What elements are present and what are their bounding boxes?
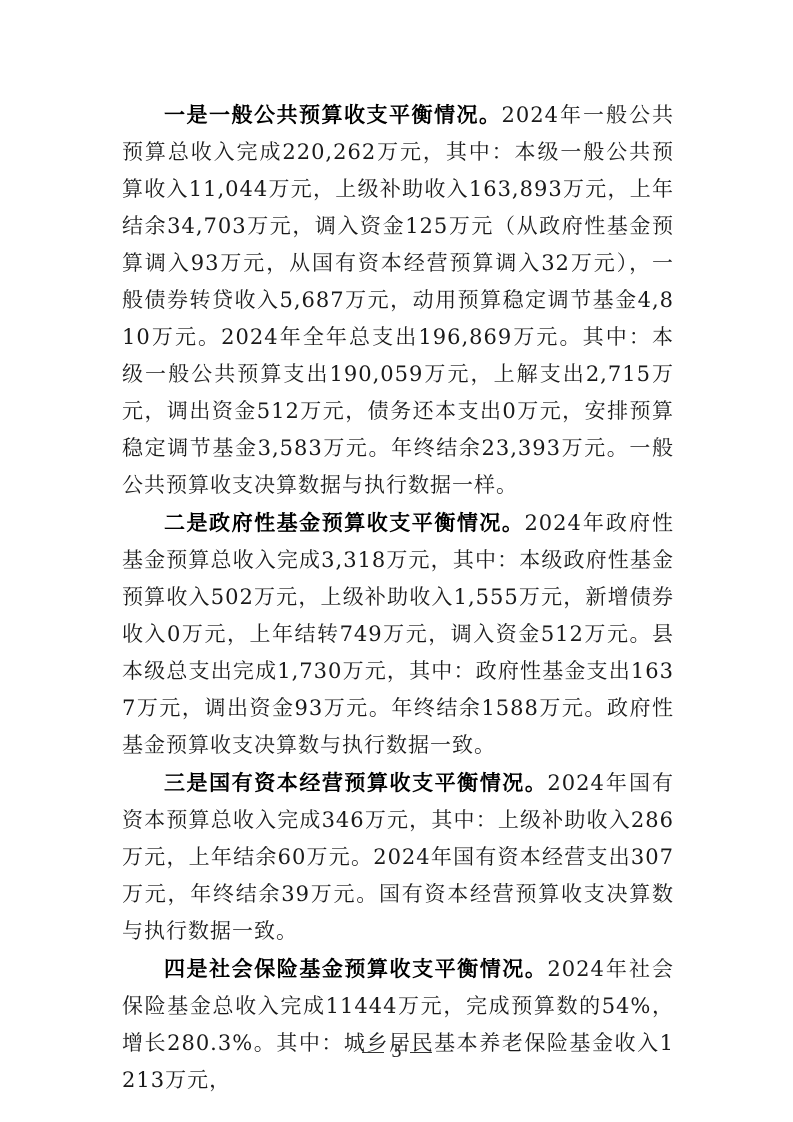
paragraph-government-fund-budget: 二是政府性基金预算收支平衡情况。2024年政府性基金预算总收入完成3,318万元…: [122, 504, 674, 764]
paragraph-state-capital-budget: 三是国有资本经营预算收支平衡情况。2024年国有资本预算总收入完成346万元，其…: [122, 764, 674, 950]
paragraph-lead: 三是国有资本经营预算收支平衡情况。: [164, 770, 547, 795]
paragraph-text: 2024年一般公共预算总收入完成220,262万元，其中：本级一般公共预算收入1…: [122, 103, 674, 497]
paragraph-text: 2024年政府性基金预算总收入完成3,318万元，其中：本级政府性基金预算收入5…: [122, 511, 674, 757]
paragraph-lead: 二是政府性基金预算收支平衡情况。: [164, 510, 524, 535]
paragraph-general-budget: 一是一般公共预算收支平衡情况。2024年一般公共预算总收入完成220,262万元…: [122, 96, 674, 504]
paragraph-lead: 一是一般公共预算收支平衡情况。: [164, 102, 502, 127]
paragraph-social-insurance-budget: 四是社会保险基金预算收支平衡情况。2024年社会保险基金总收入完成11444万元…: [122, 950, 674, 1099]
footer-dash-right: [410, 1052, 432, 1053]
page-footer: 3: [0, 1040, 793, 1063]
document-body: 一是一般公共预算收支平衡情况。2024年一般公共预算总收入完成220,262万元…: [122, 96, 674, 1099]
paragraph-lead: 四是社会保险基金预算收支平衡情况。: [164, 956, 547, 981]
page-number: 3: [392, 1040, 402, 1062]
paragraph-text: 2024年国有资本预算总收入完成346万元，其中：上级补助收入286万元，上年结…: [122, 771, 674, 943]
footer-dash-left: [362, 1052, 384, 1053]
